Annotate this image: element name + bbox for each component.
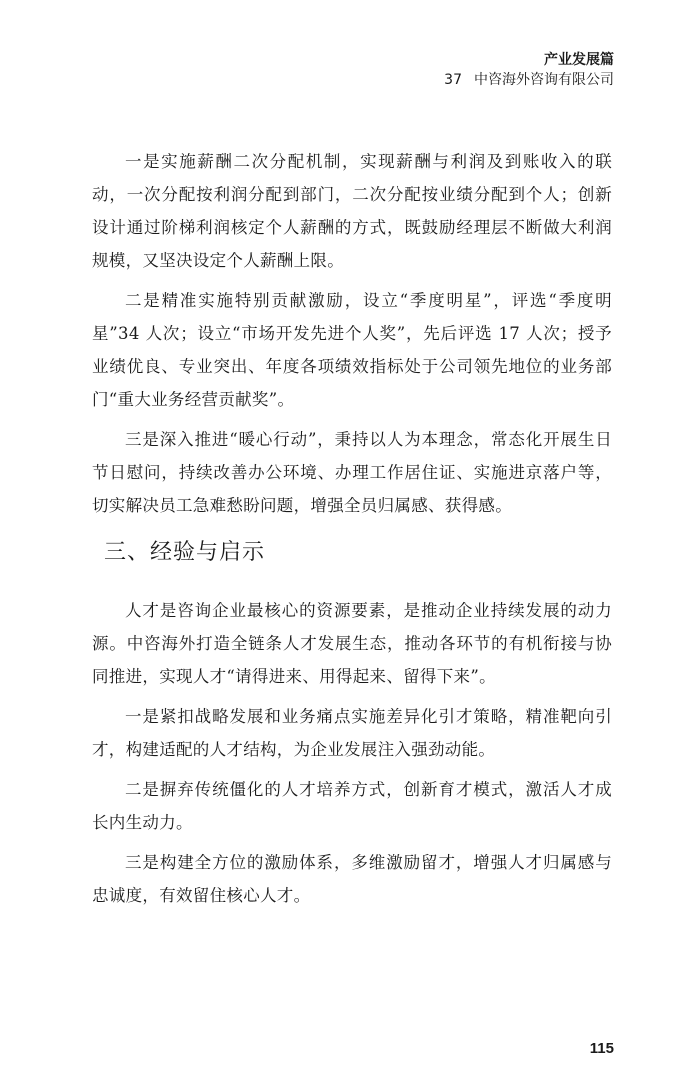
section-heading: 三、经验与启示 [104, 538, 612, 568]
page-body: 一是实施薪酬二次分配机制，实现薪酬与利润及到账收入的联动，一次分配按利润分配到部… [92, 145, 612, 919]
paragraph: 一是紧扣战略发展和业务痛点实施差异化引才策略，精准靶向引才，构建适配的人才结构，… [92, 700, 612, 766]
paragraph: 一是实施薪酬二次分配机制，实现薪酬与利润及到账收入的联动，一次分配按利润分配到部… [92, 145, 612, 277]
page-number: 115 [590, 1040, 614, 1057]
header-section-title: 产业发展篇 [444, 50, 614, 70]
running-header: 产业发展篇 37中咨海外咨询有限公司 [444, 50, 614, 90]
header-chapter: 37中咨海外咨询有限公司 [444, 70, 614, 90]
paragraph: 二是摒弃传统僵化的人才培养方式，创新育才模式，激活人才成长内生动力。 [92, 773, 612, 839]
header-chapter-title: 中咨海外咨询有限公司 [474, 72, 614, 88]
paragraph: 二是精准实施特别贡献激励，设立“季度明星”，评选“季度明星”34 人次；设立“市… [92, 284, 612, 416]
paragraph: 三是构建全方位的激励体系，多维激励留才，增强人才归属感与忠诚度，有效留住核心人才… [92, 846, 612, 912]
paragraph: 三是深入推进“暖心行动”，秉持以人为本理念，常态化开展生日节日慰问，持续改善办公… [92, 423, 612, 522]
paragraph: 人才是咨询企业最核心的资源要素，是推动企业持续发展的动力源。中咨海外打造全链条人… [92, 594, 612, 693]
header-chapter-number: 37 [444, 72, 462, 88]
